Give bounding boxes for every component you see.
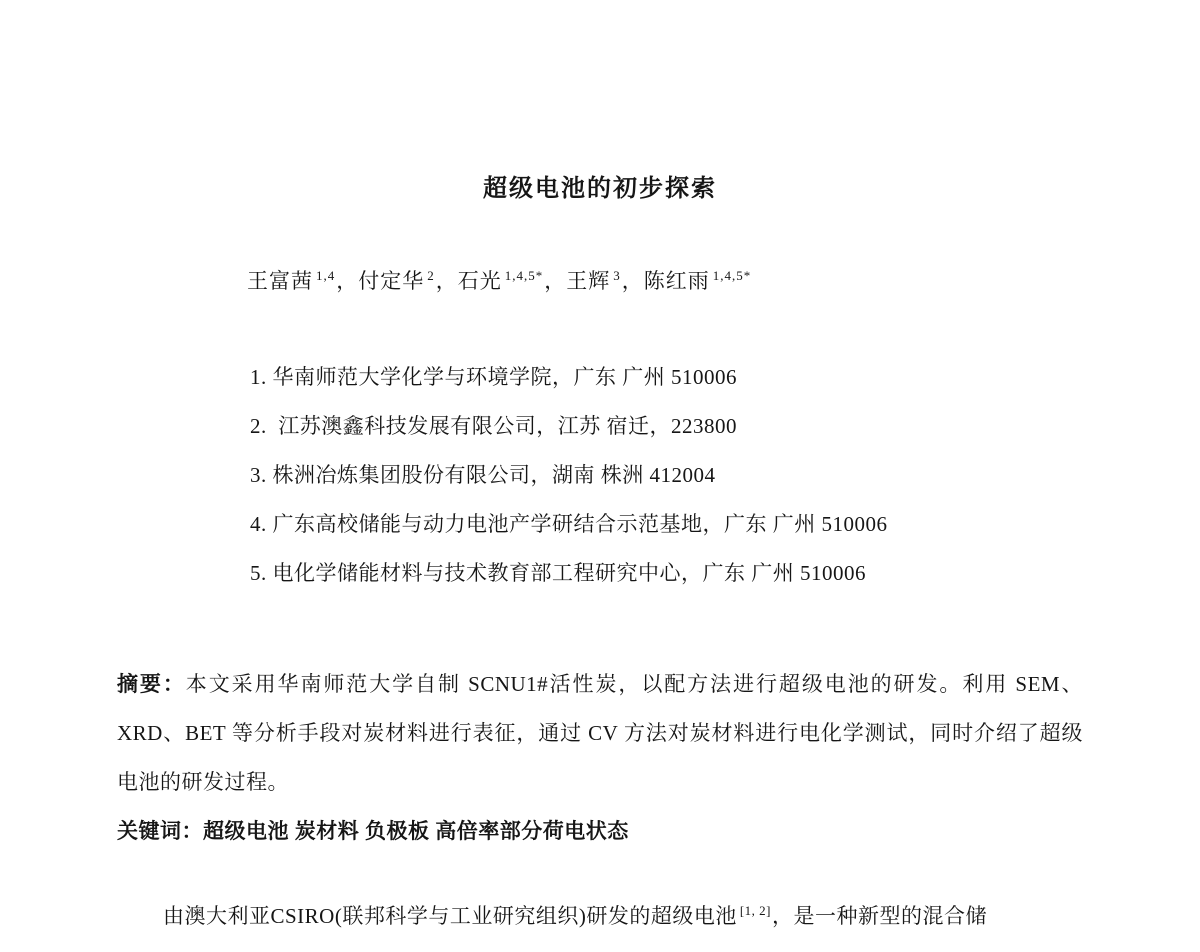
author-separator: ， [436,269,458,293]
abstract-paragraph: 摘要：本文采用华南师范大学自制 SCNU1#活性炭，以配方法进行超级电池的研发。… [117,660,1083,807]
author-line: 王富茜1,4，付定华2，石光1,4,5*，王辉3，陈红雨1,4,5* [247,265,1083,295]
author-entry: 陈红雨1,4,5* [644,269,753,293]
body-text-lead: 由澳大利亚CSIRO(联邦科学与工业研究组织)研发的超级电池 [163,904,737,928]
author-entry: 石光1,4,5*， [458,269,567,293]
affiliation-list: 1. 华南师范大学化学与环境学院，广东 广州 510006 2. 江苏澳鑫科技发… [250,353,1083,598]
author-superscript: 1,4 [316,268,335,283]
body-text-tail: ，是一种新型的混合储 [772,904,987,928]
affiliation-item: 2. 江苏澳鑫科技发展有限公司，江苏 宿迁，223800 [250,402,1083,451]
author-separator: ， [544,269,566,293]
author-name: 王富茜 [247,269,313,293]
author-name: 陈红雨 [644,269,710,293]
paper-title: 超级电池的初步探索 [117,168,1083,203]
author-superscript: 3 [613,268,621,283]
citation-superscript: [1, 2] [740,903,771,918]
author-superscript: 2 [427,268,435,283]
author-superscript: 1,4,5* [505,268,544,283]
keywords-text: 超级电池 炭材料 负极板 高倍率部分荷电状态 [203,819,629,843]
author-name: 付定华 [358,269,424,293]
abstract-label: 摘要： [117,672,186,696]
author-separator: ， [336,269,358,293]
paper-page: 超级电池的初步探索 王富茜1,4，付定华2，石光1,4,5*，王辉3，陈红雨1,… [0,0,1200,952]
author-name: 王辉 [566,269,610,293]
author-entry: 王富茜1,4， [247,269,358,293]
keywords-line: 关键词：超级电池 炭材料 负极板 高倍率部分荷电状态 [117,807,1083,856]
affiliation-item: 5. 电化学储能材料与技术教育部工程研究中心，广东 广州 510006 [250,549,1083,598]
affiliation-item: 3. 株洲冶炼集团股份有限公司，湖南 株洲 412004 [250,451,1083,500]
body-paragraph: 由澳大利亚CSIRO(联邦科学与工业研究组织)研发的超级电池[1, 2]，是一种… [117,892,1083,941]
author-separator: ， [622,269,644,293]
author-name: 石光 [458,269,502,293]
author-superscript: 1,4,5* [713,268,752,283]
affiliation-item: 1. 华南师范大学化学与环境学院，广东 广州 510006 [250,353,1083,402]
author-entry: 王辉3， [566,269,644,293]
author-entry: 付定华2， [358,269,458,293]
keywords-label: 关键词： [117,819,203,843]
abstract-text: 本文采用华南师范大学自制 SCNU1#活性炭，以配方法进行超级电池的研发。利用 … [117,672,1083,794]
affiliation-item: 4. 广东高校储能与动力电池产学研结合示范基地，广东 广州 510006 [250,500,1083,549]
